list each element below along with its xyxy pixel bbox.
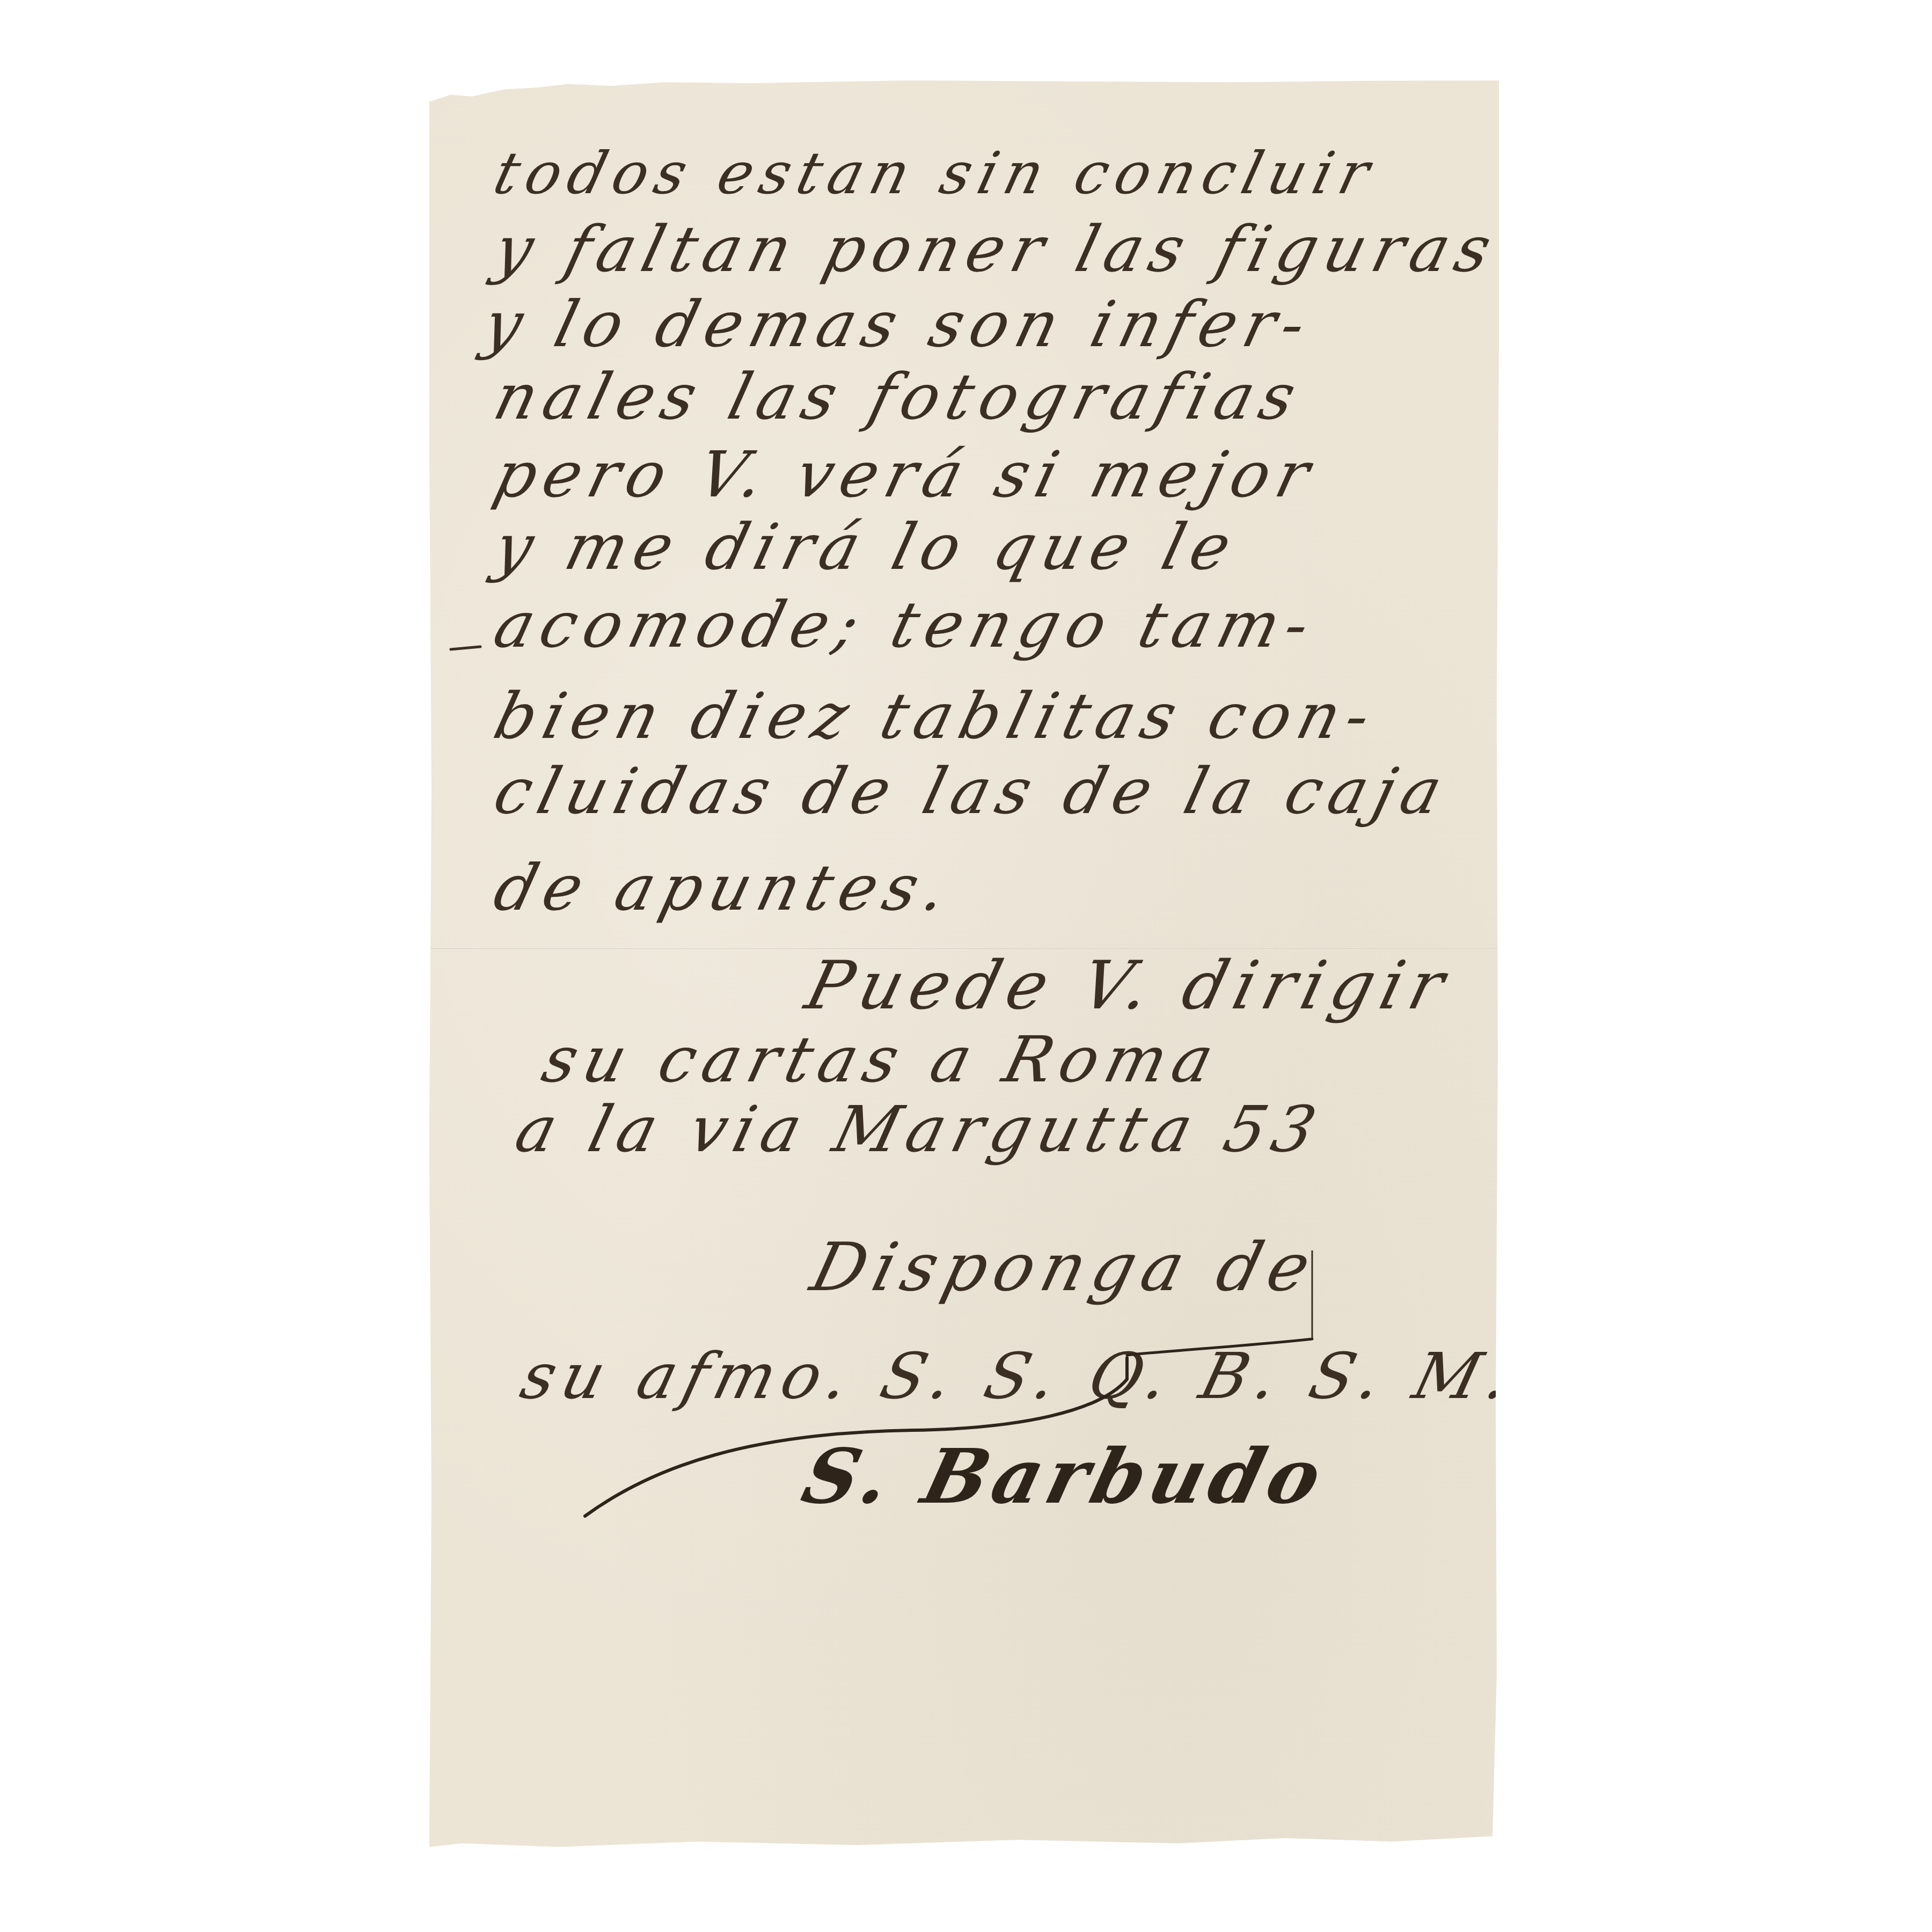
address-line: Puede V. dirigir bbox=[800, 953, 1458, 1019]
letter-sheet: todos estan sin concluir y faltan poner … bbox=[429, 80, 1499, 1850]
closing-line: su afmo. S. S. Q. B. S. M. bbox=[515, 1344, 1523, 1408]
letter-line: de apuntes. bbox=[488, 856, 960, 919]
letter-line: y faltan poner las figuras bbox=[488, 217, 1504, 281]
closing-line: Disponga de bbox=[805, 1234, 1324, 1301]
letter-line: nales las fotografias bbox=[488, 365, 1309, 428]
letter-line: y lo demas son infer- bbox=[478, 292, 1319, 356]
letter-line: todos estan sin concluir bbox=[488, 145, 1382, 203]
address-line: su cartas a Roma bbox=[537, 1028, 1227, 1091]
letter-line: cluidas de las de la caja bbox=[488, 759, 1455, 823]
signature: S. Barbudo bbox=[794, 1433, 1335, 1521]
letter-line: bien diez tablitas con- bbox=[488, 684, 1384, 748]
letter-line: acomode; tengo tam- bbox=[488, 593, 1323, 656]
address-line: a la via Margutta 53 bbox=[510, 1097, 1329, 1161]
letter-line: pero V. verá si mejor bbox=[488, 443, 1323, 506]
letter-line: y me dirá lo que le bbox=[488, 515, 1245, 579]
